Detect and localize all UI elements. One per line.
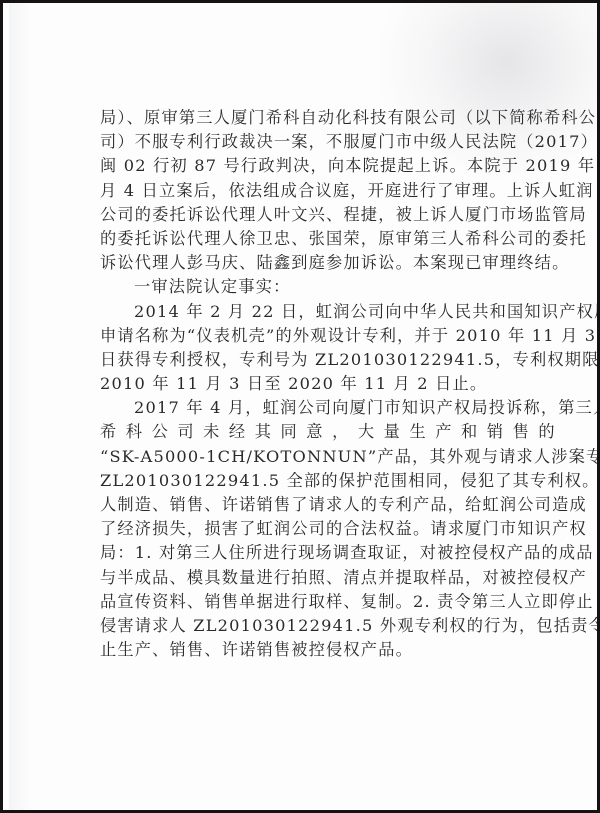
section-heading: 一审法院认定事实： — [100, 275, 540, 299]
text-line: 申请名称为“仪表机壳”的外观设计专利，并于 2010 年 11 月 3 — [100, 324, 540, 348]
text-line: 了经济损失，损害了虹润公司的合法权益。请求厦门市知识产权 — [100, 517, 540, 541]
text-line: 侵害请求人 ZL201030122941.5 外观专利权的行为，包括责令停 — [100, 614, 540, 638]
text-line: 止生产、销售、许诺销售被控侵权产品。 — [100, 638, 540, 662]
text-line: 希科公司未经其同意，大量生产和销售的 — [100, 420, 540, 444]
text-line: 局）、原审第三人厦门希科自动化科技有限公司（以下简称希科公 — [100, 106, 540, 130]
text-line: 闽 02 行初 87 号行政判决，向本院提起上诉。本院于 2019 年 4 — [100, 154, 540, 178]
text-line: 2014 年 2 月 22 日，虹润公司向中华人民共和国知识产权局 — [100, 300, 540, 324]
paragraph-case-intro: 局）、原审第三人厦门希科自动化科技有限公司（以下简称希科公 司）不服专利行政裁决… — [100, 106, 540, 275]
text-line: 2017 年 4 月，虹润公司向厦门市知识产权局投诉称，第三人 — [100, 396, 540, 420]
text-line: 与半成品、模具数量进行拍照、清点并提取样品，对被控侵权产 — [100, 566, 540, 590]
text-line: 司）不服专利行政裁决一案，不服厦门市中级人民法院（2017） — [100, 130, 540, 154]
text-line: 品宣传资料、销售单据进行取样、复制。2. 责令第三人立即停止 — [100, 590, 540, 614]
text-line: 月 4 日立案后，依法组成合议庭，开庭进行了审理。上诉人虹润 — [100, 179, 540, 203]
text-line: “SK-A5000-1CH/KOTONNUN”产品，其外观与请求人涉案专利 — [100, 445, 540, 469]
document-body: 局）、原审第三人厦门希科自动化科技有限公司（以下简称希科公 司）不服专利行政裁决… — [100, 106, 540, 662]
text-line: 公司的委托诉讼代理人叶文兴、程捷，被上诉人厦门市场监管局 — [100, 203, 540, 227]
text-line: 2010 年 11 月 3 日至 2020 年 11 月 2 日止。 — [100, 372, 540, 396]
text-line: 人制造、销售、许诺销售了请求人的专利产品，给虹润公司造成 — [100, 493, 540, 517]
scanned-page-frame: 局）、原审第三人厦门希科自动化科技有限公司（以下简称希科公 司）不服专利行政裁决… — [0, 0, 600, 813]
paragraph-complaint-facts: 2017 年 4 月，虹润公司向厦门市知识产权局投诉称，第三人 希科公司未经其同… — [100, 396, 540, 662]
text-line: 的委托诉讼代理人徐卫忠、张国荣，原审第三人希科公司的委托 — [100, 227, 540, 251]
text-line: ZL201030122941.5 全部的保护范围相同，侵犯了其专利权。第三 — [100, 469, 540, 493]
text-line: 局：1. 对第三人住所进行现场调查取证，对被控侵权产品的成品 — [100, 541, 540, 565]
paragraph-first-instance-heading: 一审法院认定事实： — [100, 275, 540, 299]
text-line: 日获得专利授权，专利号为 ZL201030122941.5，专利权期限自 — [100, 348, 540, 372]
scan-edge-strip — [9, 3, 31, 810]
text-line: 诉讼代理人彭马庆、陆鑫到庭参加诉讼。本案现已审理终结。 — [100, 251, 540, 275]
paragraph-patent-application-facts: 2014 年 2 月 22 日，虹润公司向中华人民共和国知识产权局 申请名称为“… — [100, 300, 540, 397]
